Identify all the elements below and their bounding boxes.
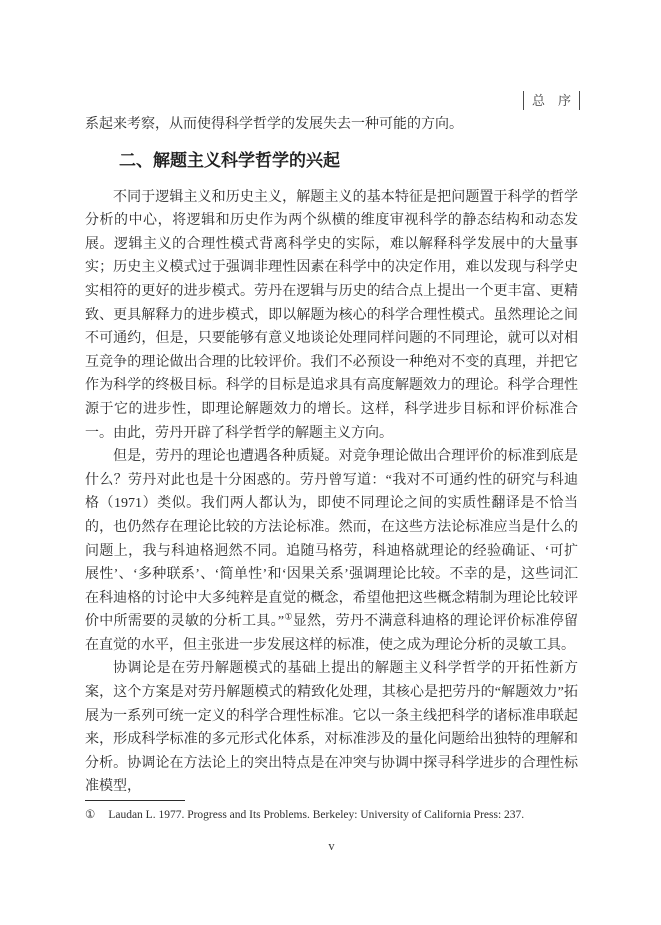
carryover-line: 系起来考察，从而使得科学哲学的发展失去一种可能的方向。 [85, 113, 578, 137]
running-header-title: 总 序 [532, 93, 571, 108]
text-column: 系起来考察，从而使得科学哲学的发展失去一种可能的方向。 二、解题主义科学哲学的兴… [85, 113, 578, 799]
footnote-text: Laudan L. 1977. Progress and Its Problem… [108, 809, 524, 821]
paragraph-2-text-before-ref: 但是，劳丹的理论也遭遇各种质疑。对竞争理论做出合理评价的标准到底是什么？劳丹对此… [85, 449, 578, 629]
section-heading: 二、解题主义科学哲学的兴起 [85, 148, 578, 174]
footnote-separator-rule [85, 800, 185, 801]
footnote-area: ①Laudan L. 1977. Progress and Its Proble… [85, 800, 578, 823]
paragraph-1: 不同于逻辑主义和历史主义，解题主义的基本特征是把问题置于科学的哲学分析的中心，将… [85, 186, 578, 446]
page-number: v [85, 839, 578, 854]
footnote: ①Laudan L. 1977. Progress and Its Proble… [85, 808, 578, 823]
paragraph-3: 协调论是在劳丹解题模式的基础上提出的解题主义科学哲学的开拓性新方案，这个方案是对… [85, 657, 578, 799]
footnote-reference-marker: ① [284, 612, 293, 622]
footnote-marker: ① [85, 809, 95, 821]
book-page: 总 序 系起来考察，从而使得科学哲学的发展失去一种可能的方向。 二、解题主义科学… [0, 0, 661, 925]
running-header: 总 序 [523, 91, 580, 110]
paragraph-2: 但是，劳丹的理论也遭遇各种质疑。对竞争理论做出合理评价的标准到底是什么？劳丹对此… [85, 445, 578, 657]
